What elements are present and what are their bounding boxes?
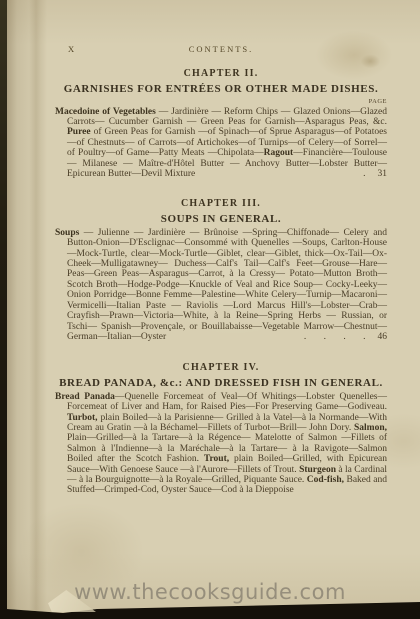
dot-leader: . xyxy=(363,169,365,179)
book-scan: X CONTENTS. CHAPTER II. GARNISHES FOR EN… xyxy=(0,0,420,619)
running-title: CONTENTS. xyxy=(55,44,387,54)
chapter-4-section: CHAPTER IV. BREAD PANADA, &c.: AND DRESS… xyxy=(55,362,387,496)
chapter-subheading: BREAD PANADA, &c.: AND DRESSED FISH IN G… xyxy=(55,377,387,390)
chapter-entry-text: Soups — Julienne — Jardinière — Brûnoise… xyxy=(55,228,387,342)
folio-page-number: X xyxy=(68,44,75,54)
chapter-entry-text: Macedoine of Vegetables — Jardinière — R… xyxy=(55,107,387,179)
page-ref-number: 31 xyxy=(378,169,388,179)
dot-leader: . . . . xyxy=(304,332,366,342)
chapter-heading: CHAPTER IV. xyxy=(55,362,387,373)
page-column-label: PAGE xyxy=(55,98,387,105)
chapter-heading: CHAPTER II. xyxy=(55,68,387,79)
chapter-subheading: GARNISHES FOR ENTRÉES OR OTHER MADE DISH… xyxy=(55,83,387,96)
chapter-2-section: CHAPTER II. GARNISHES FOR ENTRÉES OR OTH… xyxy=(55,68,387,179)
chapter-entry: Soups — Julienne — Jardinière — Brûnoise… xyxy=(55,228,387,342)
page-ref: .31 xyxy=(375,169,387,179)
page-text-block: X CONTENTS. CHAPTER II. GARNISHES FOR EN… xyxy=(55,44,387,496)
chapter-entry: Macedoine of Vegetables — Jardinière — R… xyxy=(55,107,387,180)
page-header: X CONTENTS. xyxy=(55,44,387,55)
chapter-entry: Bread Panada—Quenelle Forcemeat of Veal—… xyxy=(55,392,387,496)
watermark: www.thecooksguide.com xyxy=(0,580,420,604)
page-ref: . . . .46 xyxy=(316,332,387,342)
chapter-3-section: CHAPTER III. SOUPS IN GENERAL. Soups — J… xyxy=(55,198,387,342)
chapter-entry-text: Bread Panada—Quenelle Forcemeat of Veal—… xyxy=(55,392,387,496)
page-ref-number: 46 xyxy=(378,332,388,342)
chapter-heading: CHAPTER III. xyxy=(55,198,387,209)
chapter-subheading: SOUPS IN GENERAL. xyxy=(55,213,387,226)
